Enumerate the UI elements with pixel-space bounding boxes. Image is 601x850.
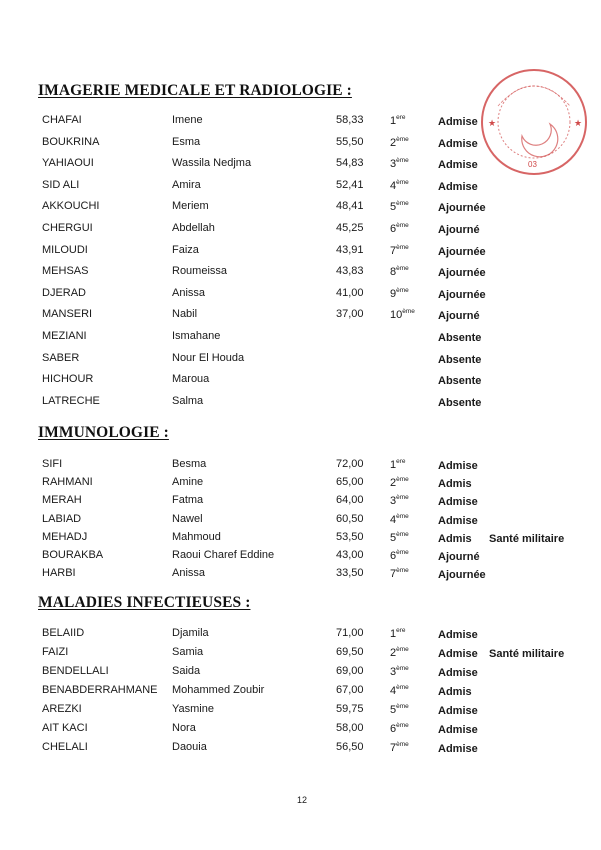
score: 72,00 xyxy=(336,458,364,470)
rank-suffix: ème xyxy=(396,179,409,186)
status: Admise xyxy=(438,629,478,641)
svg-text:★: ★ xyxy=(488,118,496,128)
first-name: Amine xyxy=(172,476,203,488)
last-name: BELAIID xyxy=(42,627,84,639)
last-name: BENABDERRAHMANE xyxy=(42,684,158,696)
last-name: HARBI xyxy=(42,567,76,579)
first-name: Ismahane xyxy=(172,330,220,342)
last-name: AKKOUCHI xyxy=(42,200,99,212)
rank: 2ème xyxy=(390,136,409,149)
section-title-immunologie: IMMUNOLOGIE : xyxy=(38,424,169,442)
first-name: Faiza xyxy=(172,244,199,256)
rank-suffix: ème xyxy=(396,549,409,556)
table-row: LATRECHESalmaAbsente xyxy=(0,395,601,413)
table-row: AKKOUCHIMeriem48,415èmeAjournée xyxy=(0,200,601,218)
score: 33,50 xyxy=(336,567,364,579)
first-name: Esma xyxy=(172,136,200,148)
status: Admise xyxy=(438,705,478,717)
last-name: FAIZI xyxy=(42,646,68,658)
last-name: LATRECHE xyxy=(42,395,100,407)
status: Admise xyxy=(438,138,478,150)
last-name: SID ALI xyxy=(42,179,79,191)
svg-text:★: ★ xyxy=(574,118,582,128)
first-name: Maroua xyxy=(172,373,209,385)
rank: 8ème xyxy=(390,265,409,278)
score: 48,41 xyxy=(336,200,364,212)
last-name: MEZIANI xyxy=(42,330,87,342)
first-name: Daouia xyxy=(172,741,207,753)
table-row: SID ALIAmira52,414èmeAdmise xyxy=(0,179,601,197)
rank: 3ème xyxy=(390,494,409,507)
rank: 7ème xyxy=(390,741,409,754)
table-row: BELAIIDDjamila71,001ereAdmise xyxy=(0,627,601,645)
status: Ajournée xyxy=(438,246,486,258)
page-number: 12 xyxy=(297,795,307,805)
last-name: CHERGUI xyxy=(42,222,93,234)
last-name: SABER xyxy=(42,352,79,364)
status: Admise xyxy=(438,496,478,508)
score: 43,00 xyxy=(336,549,364,561)
rank-suffix: ere xyxy=(396,458,405,465)
last-name: CHELALI xyxy=(42,741,88,753)
last-name: MEHADJ xyxy=(42,531,87,543)
rank-suffix: ème xyxy=(396,684,409,691)
status: Absente xyxy=(438,375,481,387)
table-row: SABERNour El HoudaAbsente xyxy=(0,352,601,370)
status: Ajournée xyxy=(438,267,486,279)
last-name: BOURAKBA xyxy=(42,549,103,561)
first-name: Amira xyxy=(172,179,201,191)
first-name: Nour El Houda xyxy=(172,352,244,364)
score: 71,00 xyxy=(336,627,364,639)
table-row: CHELALIDaouia56,507èmeAdmise xyxy=(0,741,601,759)
first-name: Anissa xyxy=(172,287,205,299)
table-row: FAIZISamia69,502èmeAdmiseSanté militaire xyxy=(0,646,601,664)
rank-number: 10 xyxy=(390,309,402,321)
last-name: BENDELLALI xyxy=(42,665,109,677)
first-name: Roumeissa xyxy=(172,265,227,277)
rank: 1ere xyxy=(390,627,406,640)
status: Admise xyxy=(438,159,478,171)
status: Ajournée xyxy=(438,289,486,301)
status: Ajourné xyxy=(438,310,480,322)
table-row: DJERADAnissa41,009èmeAjournée xyxy=(0,287,601,305)
status: Admise xyxy=(438,648,478,660)
svg-text:03: 03 xyxy=(528,160,537,169)
rank-suffix: ème xyxy=(396,157,409,164)
last-name: SIFI xyxy=(42,458,62,470)
rank: 5ème xyxy=(390,703,409,716)
status: Admise xyxy=(438,460,478,472)
first-name: Imene xyxy=(172,114,203,126)
rank: 1ere xyxy=(390,114,406,127)
table-row: MEZIANIIsmahaneAbsente xyxy=(0,330,601,348)
status: Admise xyxy=(438,515,478,527)
score: 56,50 xyxy=(336,741,364,753)
table-row: MEHSASRoumeissa43,838èmeAjournée xyxy=(0,265,601,283)
rank-suffix: ème xyxy=(396,722,409,729)
rank-suffix: ème xyxy=(402,308,415,315)
score: 41,00 xyxy=(336,287,364,299)
first-name: Anissa xyxy=(172,567,205,579)
first-name: Nawel xyxy=(172,513,203,525)
official-seal-icon: ★ ★ 03 xyxy=(478,66,590,178)
section-title-maladies-infectieuses: MALADIES INFECTIEUSES : xyxy=(38,594,250,612)
first-name: Meriem xyxy=(172,200,209,212)
last-name: MEHSAS xyxy=(42,265,88,277)
score: 53,50 xyxy=(336,531,364,543)
table-row: HICHOURMarouaAbsente xyxy=(0,373,601,391)
rank-suffix: ème xyxy=(396,646,409,653)
table-row: CHERGUIAbdellah45,256èmeAjourné xyxy=(0,222,601,240)
status: Absente xyxy=(438,397,481,409)
rank-suffix: ème xyxy=(396,200,409,207)
rank: 3ème xyxy=(390,157,409,170)
rank-suffix: ème xyxy=(396,494,409,501)
table-row: SIFIBesma72,001ereAdmise xyxy=(0,458,601,476)
section-title-imagerie: IMAGERIE MEDICALE ET RADIOLOGIE : xyxy=(38,82,352,100)
status: Admis xyxy=(438,478,472,490)
table-row: BOURAKBARaoui Charef Eddine43,006èmeAjou… xyxy=(0,549,601,567)
last-name: MANSERI xyxy=(42,308,92,320)
status: Admise xyxy=(438,181,478,193)
table-row: BENABDERRAHMANEMohammed Zoubir67,004èmeA… xyxy=(0,684,601,702)
first-name: Raoui Charef Eddine xyxy=(172,549,274,561)
rank: 2ème xyxy=(390,646,409,659)
status: Admis xyxy=(438,686,472,698)
last-name: MILOUDI xyxy=(42,244,88,256)
status: Ajourné xyxy=(438,551,480,563)
last-name: MERAH xyxy=(42,494,82,506)
last-name: BOUKRINA xyxy=(42,136,99,148)
first-name: Salma xyxy=(172,395,203,407)
score: 67,00 xyxy=(336,684,364,696)
note: Santé militaire xyxy=(489,533,564,545)
rank: 7ème xyxy=(390,244,409,257)
first-name: Mohammed Zoubir xyxy=(172,684,264,696)
last-name: AREZKI xyxy=(42,703,82,715)
rank-suffix: ème xyxy=(396,476,409,483)
rank: 4ème xyxy=(390,513,409,526)
rank-suffix: ème xyxy=(396,287,409,294)
last-name: HICHOUR xyxy=(42,373,93,385)
rank: 4ème xyxy=(390,179,409,192)
score: 60,50 xyxy=(336,513,364,525)
last-name: YAHIAOUI xyxy=(42,157,94,169)
first-name: Saida xyxy=(172,665,200,677)
score: 69,50 xyxy=(336,646,364,658)
score: 59,75 xyxy=(336,703,364,715)
table-row: MEHADJMahmoud53,505èmeAdmisSanté militai… xyxy=(0,531,601,549)
last-name: LABIAD xyxy=(42,513,81,525)
status: Admis xyxy=(438,533,472,545)
status: Ajournée xyxy=(438,569,486,581)
rank-suffix: ème xyxy=(396,513,409,520)
last-name: CHAFAI xyxy=(42,114,82,126)
first-name: Samia xyxy=(172,646,203,658)
first-name: Besma xyxy=(172,458,206,470)
rank: 9ème xyxy=(390,287,409,300)
status: Admise xyxy=(438,116,478,128)
last-name: AIT KACI xyxy=(42,722,88,734)
first-name: Nabil xyxy=(172,308,197,320)
table-row: AIT KACINora58,006èmeAdmise xyxy=(0,722,601,740)
rank-suffix: ème xyxy=(396,741,409,748)
rank-suffix: ème xyxy=(396,567,409,574)
status: Absente xyxy=(438,354,481,366)
rank: 5ème xyxy=(390,531,409,544)
rank-suffix: ème xyxy=(396,244,409,251)
score: 54,83 xyxy=(336,157,364,169)
status: Admise xyxy=(438,743,478,755)
rank-suffix: ème xyxy=(396,222,409,229)
status: Ajourné xyxy=(438,224,480,236)
rank: 1ere xyxy=(390,458,406,471)
first-name: Djamila xyxy=(172,627,209,639)
rank-suffix: ème xyxy=(396,703,409,710)
score: 55,50 xyxy=(336,136,364,148)
note: Santé militaire xyxy=(489,648,564,660)
rank-suffix: ème xyxy=(396,136,409,143)
rank-suffix: ere xyxy=(396,627,405,634)
rank-suffix: ème xyxy=(396,531,409,538)
first-name: Yasmine xyxy=(172,703,214,715)
table-row: BENDELLALISaida69,003èmeAdmise xyxy=(0,665,601,683)
score: 64,00 xyxy=(336,494,364,506)
status: Ajournée xyxy=(438,202,486,214)
first-name: Nora xyxy=(172,722,196,734)
score: 58,33 xyxy=(336,114,364,126)
score: 43,83 xyxy=(336,265,364,277)
table-row: HARBIAnissa33,507èmeAjournée xyxy=(0,567,601,585)
last-name: RAHMANI xyxy=(42,476,93,488)
rank-suffix: ème xyxy=(396,665,409,672)
first-name: Wassila Nedjma xyxy=(172,157,251,169)
table-row: LABIADNawel60,504èmeAdmise xyxy=(0,513,601,531)
rank: 7ème xyxy=(390,567,409,580)
rank-suffix: ème xyxy=(396,265,409,272)
table-row: MILOUDIFaiza43,917èmeAjournée xyxy=(0,244,601,262)
table-row: RAHMANIAmine65,002èmeAdmis xyxy=(0,476,601,494)
score: 69,00 xyxy=(336,665,364,677)
score: 65,00 xyxy=(336,476,364,488)
rank-suffix: ere xyxy=(396,114,405,121)
rank: 5ème xyxy=(390,200,409,213)
status: Admise xyxy=(438,724,478,736)
status: Admise xyxy=(438,667,478,679)
table-row: AREZKIYasmine59,755èmeAdmise xyxy=(0,703,601,721)
score: 45,25 xyxy=(336,222,364,234)
score: 58,00 xyxy=(336,722,364,734)
status: Absente xyxy=(438,332,481,344)
rank: 3ème xyxy=(390,665,409,678)
rank: 6ème xyxy=(390,222,409,235)
first-name: Fatma xyxy=(172,494,203,506)
last-name: DJERAD xyxy=(42,287,86,299)
first-name: Mahmoud xyxy=(172,531,221,543)
score: 43,91 xyxy=(336,244,364,256)
table-row: MERAHFatma64,003èmeAdmise xyxy=(0,494,601,512)
table-row: MANSERINabil37,0010èmeAjourné xyxy=(0,308,601,326)
rank: 4ème xyxy=(390,684,409,697)
score: 37,00 xyxy=(336,308,364,320)
rank: 6ème xyxy=(390,549,409,562)
first-name: Abdellah xyxy=(172,222,215,234)
rank: 6ème xyxy=(390,722,409,735)
score: 52,41 xyxy=(336,179,364,191)
rank: 2ème xyxy=(390,476,409,489)
rank: 10ème xyxy=(390,308,415,321)
